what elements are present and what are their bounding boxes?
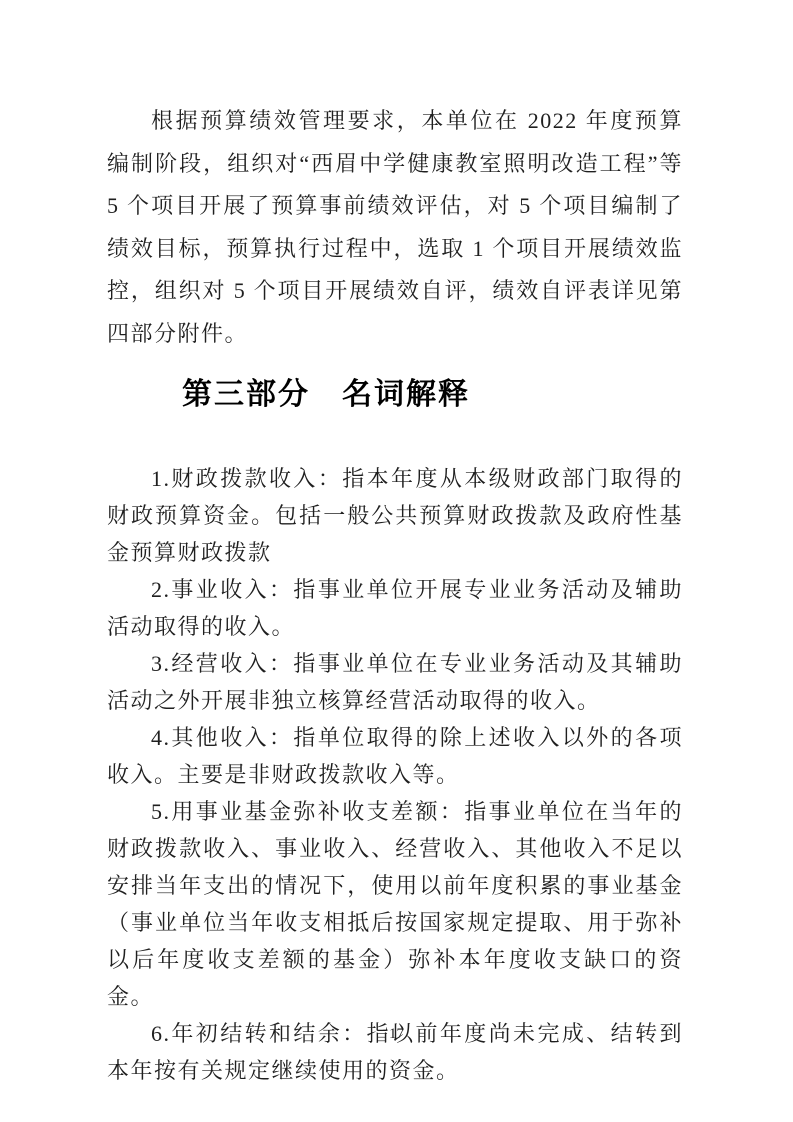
glossary-item-5: 5.用事业基金弥补收支差额：指事业单位在当年的财政拨款收入、事业收入、经营收入、… [107,793,683,1015]
page-number: 17 [0,1024,793,1044]
glossary-item-2: 2.事业收入：指事业单位开展专业业务活动及辅助活动取得的收入。 [107,571,683,645]
document-content: 根据预算绩效管理要求，本单位在 2022 年度预算编制阶段，组织对“西眉中学健康… [107,100,683,1089]
glossary-item-1: 1.财政拨款收入：指本年度从本级财政部门取得的财政预算资金。包括一般公共预算财政… [107,460,683,571]
intro-paragraph: 根据预算绩效管理要求，本单位在 2022 年度预算编制阶段，组织对“西眉中学健康… [107,100,683,355]
section-heading: 第三部分 名词解释 [182,380,683,410]
glossary-item-4: 4.其他收入：指单位取得的除上述收入以外的各项收入。主要是非财政拨款收入等。 [107,719,683,793]
glossary-list: 1.财政拨款收入：指本年度从本级财政部门取得的财政预算资金。包括一般公共预算财政… [107,460,683,1089]
document-page: 根据预算绩效管理要求，本单位在 2022 年度预算编制阶段，组织对“西眉中学健康… [0,0,793,1122]
glossary-item-3: 3.经营收入：指事业单位在专业业务活动及其辅助活动之外开展非独立核算经营活动取得… [107,645,683,719]
